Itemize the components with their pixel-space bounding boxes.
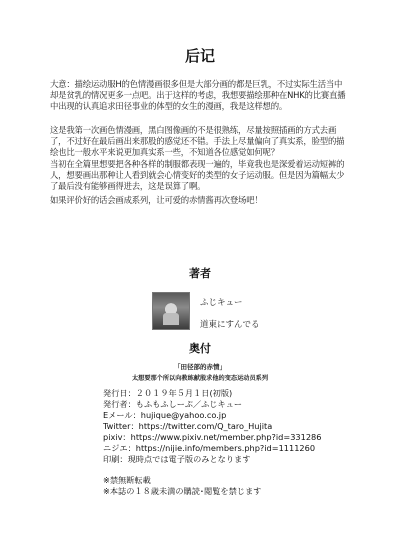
printing-info: 印刷：現時点では電子版のみとなります bbox=[103, 454, 363, 464]
twitter-link: Twitter：https://twitter.com/Q_taro_Hujit… bbox=[103, 421, 363, 431]
author-heading: 著者 bbox=[0, 265, 400, 281]
pixiv-link: pixiv：https://www.pixiv.net/member.php?i… bbox=[103, 432, 363, 442]
circle-name: 道東にすんでる bbox=[200, 318, 260, 330]
afterword-heading: 后记 bbox=[0, 45, 400, 66]
work-subtitle: 太想要那个所以向教练献殷求他的变态运动员系列 bbox=[0, 373, 400, 382]
author-name: ふじキュー bbox=[200, 296, 243, 308]
author-portrait-icon bbox=[152, 292, 190, 330]
colophon-heading: 奥付 bbox=[0, 340, 400, 356]
notice-age-restriction: ※本誌の１８歳未満の購読･閲覧を禁じます bbox=[103, 486, 363, 496]
afterword-paragraph: 这是我第一次画色情漫画，黑白图像画的不是很熟练，尽量按照插画的方式去画了，不过好… bbox=[50, 125, 350, 158]
publisher: 発行者：もふもふしーぷ／ふじキュー bbox=[103, 399, 363, 409]
work-title: 「田径部的赤情」 bbox=[0, 362, 400, 371]
publish-date: 発行日：２０１９年５月１日(初版) bbox=[103, 388, 363, 398]
afterword-paragraph: 大意：描绘运动服H的色情漫画很多但是大部分画的都是巨乳，不过实际生活当中却是贫乳… bbox=[50, 79, 350, 112]
afterword-paragraph: 当初在全篇里想要把各种各样的制服都表现一遍的，毕竟我也是深爱着运动短裤的人，想要… bbox=[50, 159, 350, 192]
email: Eメール：hujique@yahoo.co.jp bbox=[103, 410, 363, 420]
notice-no-reproduction: ※禁無断転載 bbox=[103, 475, 363, 485]
afterword-paragraph: 如果评价好的话会画成系列，让可爱的赤情酱再次登场吧！ bbox=[50, 195, 350, 206]
nijie-link: ニジエ：https://nijie.info/members.php?id=11… bbox=[103, 443, 363, 453]
